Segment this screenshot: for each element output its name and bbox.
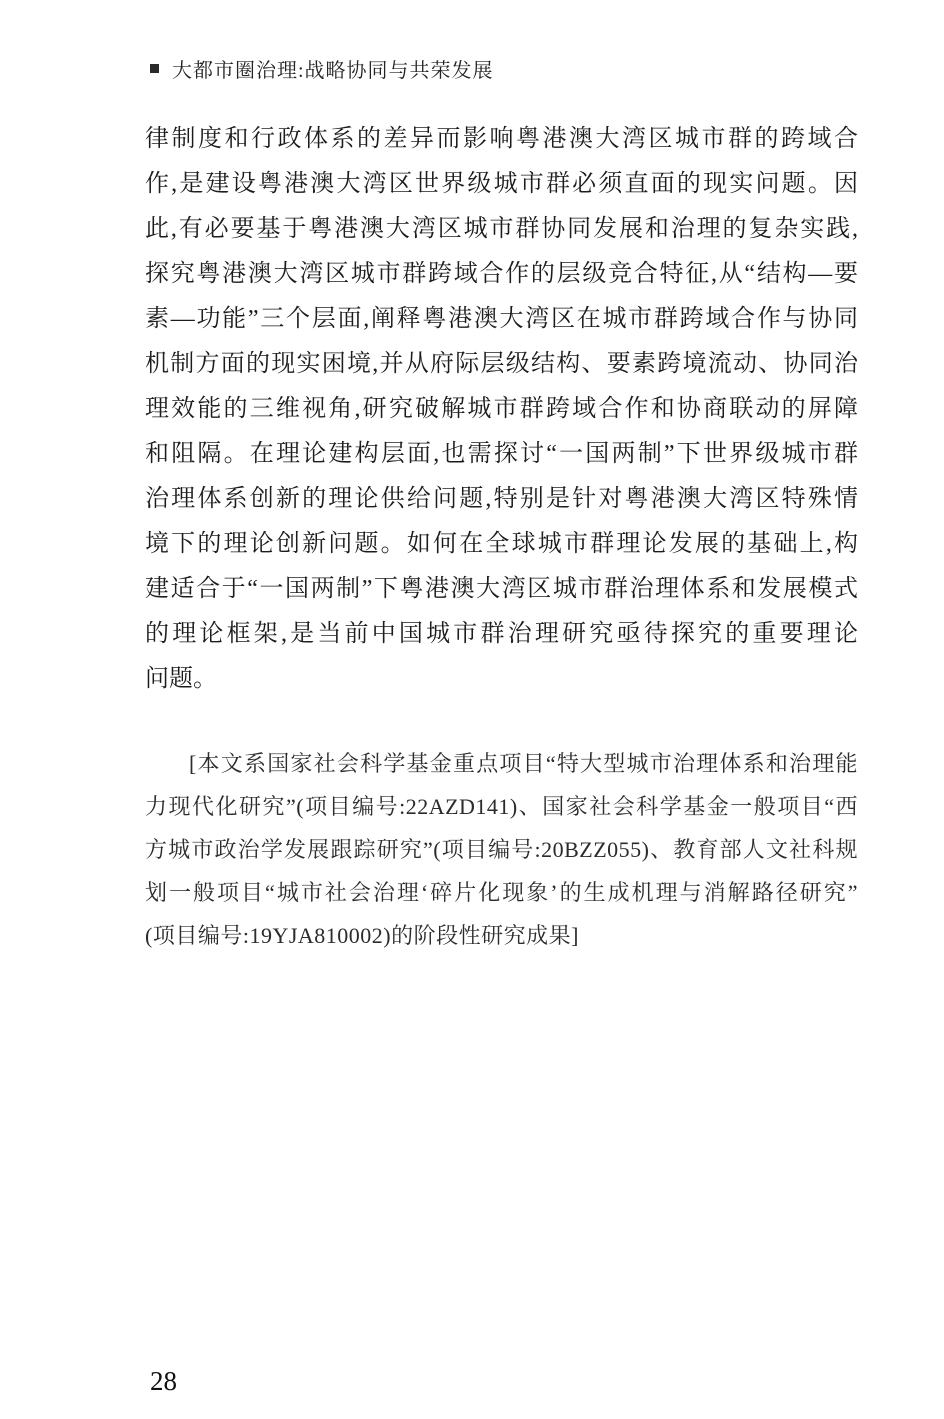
square-bullet-icon [150,64,159,73]
note-line: 力现代化研究”(项目编号:22AZD141)、国家社会科学基金一般项目“西 [145,785,858,828]
note-line: 划一般项目“城市社会治理‘碎片化现象’的生成机理与消解路径研究” [145,871,858,914]
note-line: 方城市政治学发展跟踪研究”(项目编号:20BZZ055)、教育部人文社科规 [145,828,858,871]
body-line: 作,是建设粤港澳大湾区世界级城市群必须直面的现实问题。因 [145,162,858,207]
body-line: 境下的理论创新问题。如何在全球城市群理论发展的基础上,构 [145,522,858,567]
body-line: 理效能的三维视角,研究破解城市群跨域合作和协商联动的屏障 [145,387,858,432]
body-line: 的理论框架,是当前中国城市群治理研究亟待探究的重要理论 [145,612,858,657]
body-line: 治理体系创新的理论供给问题,特别是针对粤港澳大湾区特殊情 [145,477,858,522]
page-number: 28 [150,1366,177,1397]
funding-note: [本文系国家社会科学基金重点项目“特大型城市治理体系和治理能 力现代化研究”(项… [145,742,858,957]
body-paragraph: 律制度和行政体系的差异而影响粤港澳大湾区城市群的跨域合 作,是建设粤港澳大湾区世… [145,117,858,702]
body-line: 探究粤港澳大湾区城市群跨域合作的层级竞合特征,从“结构—要 [145,252,858,297]
note-line: (项目编号:19YJA810002)的阶段性研究成果] [145,914,858,957]
body-line: 此,有必要基于粤港澳大湾区城市群协同发展和治理的复杂实践, [145,207,858,252]
body-line: 律制度和行政体系的差异而影响粤港澳大湾区城市群的跨域合 [145,117,858,162]
running-header: 大都市圈治理:战略协同与共荣发展 [150,54,494,83]
body-line: 建适合于“一国两制”下粤港澳大湾区城市群治理体系和发展模式 [145,567,858,612]
body-line: 和阻隔。在理论建构层面,也需探讨“一国两制”下世界级城市群 [145,432,858,477]
running-header-title: 大都市圈治理:战略协同与共荣发展 [172,54,494,83]
book-page: 大都市圈治理:战略协同与共荣发展 律制度和行政体系的差异而影响粤港澳大湾区城市群… [0,0,944,1419]
body-line: 机制方面的现实困境,并从府际层级结构、要素跨境流动、协同治 [145,342,858,387]
body-line: 问题。 [145,657,858,702]
note-line: [本文系国家社会科学基金重点项目“特大型城市治理体系和治理能 [145,742,858,785]
body-line: 素—功能”三个层面,阐释粤港澳大湾区在城市群跨域合作与协同 [145,297,858,342]
